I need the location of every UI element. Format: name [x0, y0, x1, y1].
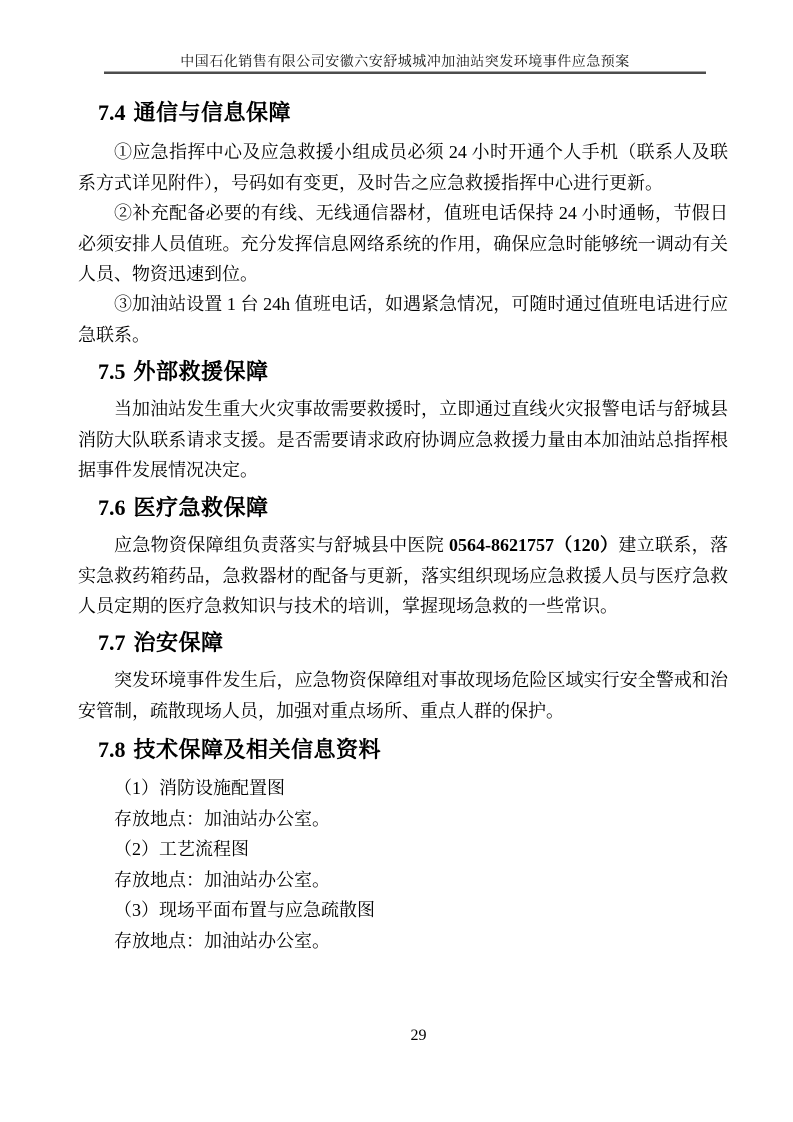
technical-docs-list: （1）消防设施配置图 存放地点：加油站办公室。 （2）工艺流程图 存放地点：加油… [78, 773, 728, 956]
section-number: 7.7 [98, 630, 126, 655]
list-item-location: 存放地点：加油站办公室。 [78, 865, 728, 896]
section-number: 7.8 [98, 737, 126, 762]
section-7-6-paragraph-1: 应急物资保障组负责落实与舒城县中医院 0564-8621757（120）建立联系… [78, 530, 728, 622]
list-item-location: 存放地点：加油站办公室。 [78, 926, 728, 957]
section-number: 7.5 [98, 359, 126, 384]
document-page: 中国石化销售有限公司安徽六安舒城城冲加油站突发环境事件应急预案 7.4通信与信息… [0, 0, 793, 1122]
section-title: 技术保障及相关信息资料 [134, 737, 382, 762]
section-7-7-paragraph-1: 突发环境事件发生后，应急物资保障组对事故现场危险区域实行安全警戒和治安管制，疏散… [78, 665, 728, 726]
section-title: 通信与信息保障 [134, 100, 292, 125]
section-7-8-heading: 7.8技术保障及相关信息资料 [98, 736, 381, 764]
section-7-5-heading: 7.5外部救援保障 [98, 358, 269, 386]
section-title: 医疗急救保障 [134, 495, 269, 520]
section-7-4-paragraph-1: ①应急指挥中心及应急救援小组成员必须 24 小时开通个人手机（联系人及联系方式详… [78, 137, 728, 198]
section-7-7-heading: 7.7治安保障 [98, 629, 224, 657]
paragraph-text: 应急物资保障组负责落实与舒城县中医院 [114, 535, 449, 555]
section-title: 外部救援保障 [134, 359, 269, 384]
section-title: 治安保障 [134, 630, 224, 655]
section-number: 7.4 [98, 100, 126, 125]
list-item-location: 存放地点：加油站办公室。 [78, 804, 728, 835]
section-number: 7.6 [98, 495, 126, 520]
section-7-4-heading: 7.4通信与信息保障 [98, 99, 291, 127]
section-7-4-paragraph-2: ②补充配备必要的有线、无线通信器材，值班电话保持 24 小时通畅，节假日必须安排… [78, 198, 728, 290]
list-item-label: （3）现场平面布置与应急疏散图 [78, 895, 728, 926]
phone-number: 0564-8621757（120） [449, 535, 618, 555]
section-7-5-paragraph-1: 当加油站发生重大火灾事故需要救援时，立即通过直线火灾报警电话与舒城县消防大队联系… [78, 394, 728, 486]
list-item-label: （1）消防设施配置图 [78, 773, 728, 804]
section-7-4-paragraph-3: ③加油站设置 1 台 24h 值班电话，如遇紧急情况，可随时通过值班电话进行应急… [78, 289, 728, 350]
page-number: 29 [0, 1026, 793, 1046]
list-item-label: （2）工艺流程图 [78, 834, 728, 865]
page-header-title: 中国石化销售有限公司安徽六安舒城城冲加油站突发环境事件应急预案 [105, 54, 705, 72]
section-7-6-heading: 7.6医疗急救保障 [98, 494, 269, 522]
header-rule [104, 71, 706, 74]
